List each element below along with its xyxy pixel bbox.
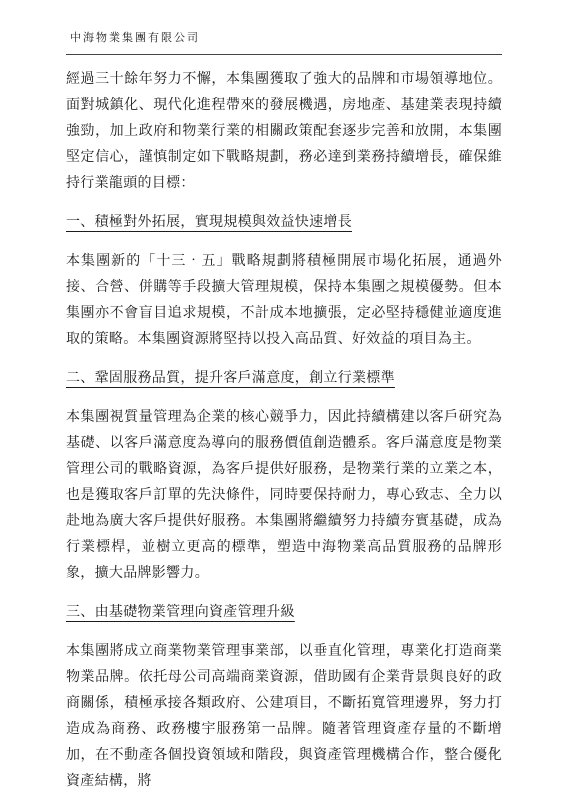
paragraph-section-1: 本集團新的「十三‧五」戰略規劃將積極開展市場化拓展，通過外接、合營、併購等手段擴…: [66, 249, 502, 353]
paragraph-intro: 經過三十餘年努力不懈，本集團獲取了強大的品牌和市場領導地位。面對城鎮化、現代化進…: [66, 67, 502, 197]
paragraph-section-3: 本集團將成立商業物業管理事業部，以垂直化管理，專業化打造商業物業品牌。依托母公司…: [66, 639, 502, 795]
paragraph-section-2: 本集團視質量管理為企業的核心競爭力，因此持續構建以客戶研究為基礎、以客戶滿意度為…: [66, 405, 502, 587]
document-body: 經過三十餘年努力不懈，本集團獲取了強大的品牌和市場領導地位。面對城鎮化、現代化進…: [66, 67, 502, 795]
page-number: 5: [490, 746, 495, 757]
document-page: 中海物業集團有限公司 經過三十餘年努力不懈，本集團獲取了強大的品牌和市場領導地位…: [0, 0, 565, 800]
section-heading-3: 三、由基礎物業管理向資產管理升級: [66, 600, 502, 626]
section-heading-1: 一、積極對外拓展，實現規模與效益快速增長: [66, 210, 502, 236]
company-name: 中海物業集團有限公司: [70, 32, 200, 44]
document-header: 中海物業集團有限公司: [66, 28, 502, 55]
section-heading-2: 二、鞏固服務品質，提升客戶滿意度，創立行業標準: [66, 366, 502, 392]
